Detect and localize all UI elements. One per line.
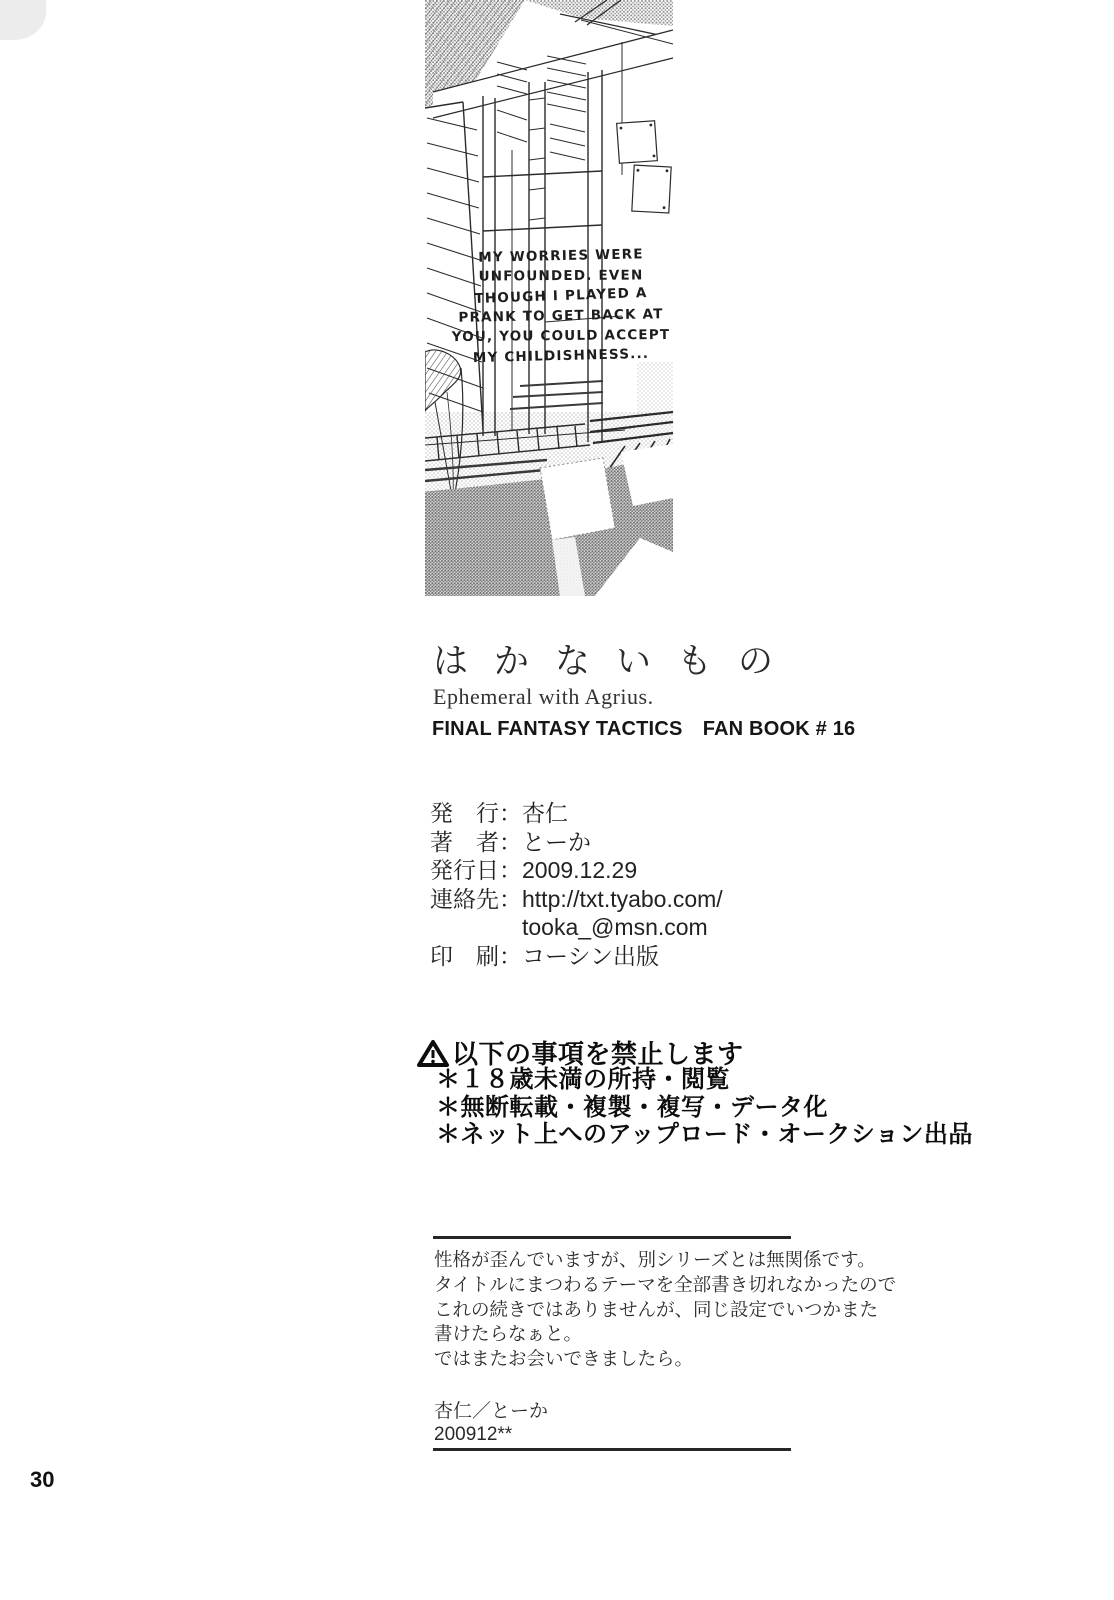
- credit-row-author: 著 者：とーか: [430, 828, 723, 857]
- credit-separator: ：: [499, 856, 522, 885]
- afterword-line: ではまたお会いできましたら。: [434, 1347, 896, 1372]
- ceiling: [425, 0, 673, 118]
- afterword-credit-line: 杏仁／とーか: [434, 1396, 548, 1423]
- afterword-line: タイトルにまつわるテーマを全部書き切れなかったので: [434, 1273, 896, 1298]
- afterword-top-rule: [433, 1236, 791, 1239]
- warning-triangle-icon: [417, 1039, 449, 1068]
- scan-smudge: [0, 0, 46, 40]
- colophon-credits: 発 行：杏仁 著 者：とーか 発行日：2009.12.29 連絡先： http:…: [430, 799, 723, 970]
- credit-label: 発行日: [430, 856, 499, 885]
- warning-item: ＊ネット上へのアップロード・オークション出品: [436, 1121, 973, 1149]
- warning-item: ＊１８歳未満の所持・閲覧: [436, 1066, 973, 1094]
- contact-url: http://txt.tyabo.com/: [522, 885, 723, 914]
- pinned-notes: [617, 121, 672, 213]
- credit-label: 著 者: [430, 828, 499, 857]
- credit-value: 2009.12.29: [522, 856, 637, 885]
- credit-value: 杏仁: [522, 799, 568, 828]
- credit-label: 印 刷: [430, 942, 499, 971]
- credit-label: 連絡先: [430, 885, 499, 942]
- warning-item: ＊無断転載・複製・複写・データ化: [436, 1094, 973, 1122]
- credit-row-publisher: 発 行：杏仁: [430, 799, 723, 828]
- doujinshi-colophon-page: MY WORRIES WERE UNFOUNDED. EVEN THOUGH I…: [0, 0, 1114, 1600]
- bench-lines: [510, 381, 603, 409]
- afterword-text: 性格が歪んでいますが、別シリーズとは無関係です。 タイトルにまつわるテーマを全部…: [434, 1248, 896, 1372]
- credit-label: 発 行: [430, 799, 499, 828]
- credit-separator: ：: [499, 828, 522, 857]
- book-title-japanese: はかないもの: [433, 634, 799, 684]
- dialogue-line: MY CHILDISHNESS...: [446, 343, 676, 369]
- afterword-date-line: 200912**: [434, 1424, 512, 1446]
- credit-value: コーシン出版: [522, 942, 659, 971]
- book-subtitle-english: Ephemeral with Agrius.: [433, 684, 654, 710]
- credit-contact-values: http://txt.tyabo.com/ tooka_@msn.com: [522, 885, 723, 942]
- page-number: 30: [30, 1467, 54, 1493]
- credit-separator: ：: [499, 799, 522, 828]
- credit-value: とーか: [522, 828, 591, 857]
- credit-separator: ：: [499, 942, 522, 971]
- afterword-line: これの続きではありませんが、同じ設定でいつかまた: [434, 1298, 896, 1323]
- afterword-bottom-rule: [433, 1448, 791, 1451]
- credit-row-publish-date: 発行日：2009.12.29: [430, 856, 723, 885]
- credit-row-contact: 連絡先： http://txt.tyabo.com/ tooka_@msn.co…: [430, 885, 723, 942]
- credit-row-printer: 印 刷：コーシン出版: [430, 942, 723, 971]
- credit-separator: ：: [499, 885, 522, 942]
- afterword-line: 性格が歪んでいますが、別シリーズとは無関係です。: [434, 1248, 896, 1273]
- afterword-line: 書けたらなぁと。: [434, 1322, 896, 1347]
- warning-items: ＊１８歳未満の所持・閲覧 ＊無断転載・複製・複写・データ化 ＊ネット上へのアップ…: [436, 1066, 973, 1149]
- contact-email: tooka_@msn.com: [522, 913, 723, 942]
- series-line: FINAL FANTASY TACTICS FAN BOOK # 16: [432, 712, 855, 741]
- dialogue-text: MY WORRIES WERE UNFOUNDED. EVEN THOUGH I…: [446, 246, 676, 366]
